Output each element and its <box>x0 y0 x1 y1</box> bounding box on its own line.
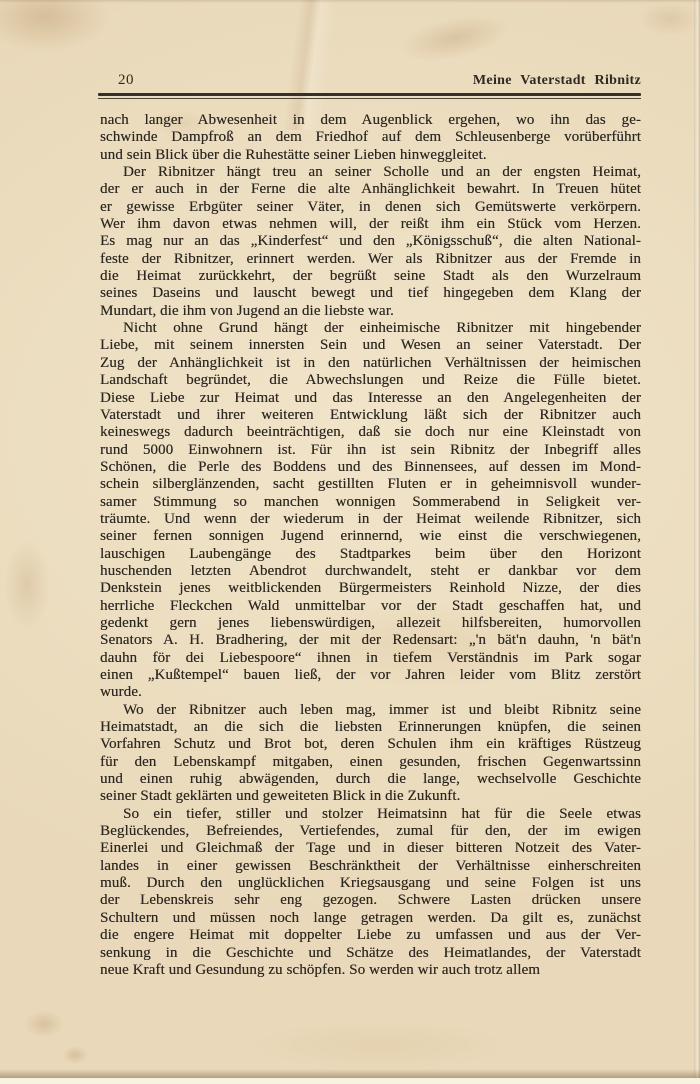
scanned-page: 20 Meine Vaterstadt Ribnitz nach langer … <box>0 0 700 1084</box>
text-line: dauhn för dei Liebespoore“ ihnen in tief… <box>100 650 641 667</box>
paragraph: Wo der Ribnitzer auch leben mag, immer i… <box>100 702 641 806</box>
text-line: Zug der Anhänglichkeit ist in den natürl… <box>100 355 641 372</box>
text-line: er gewisse Erbgüter seiner Väter, in den… <box>100 199 641 216</box>
text-line: Denkstein jenes weitblickenden Bürgermei… <box>100 580 641 597</box>
text-line: muß. Durch den unglücklichen Kriegsausga… <box>100 875 641 892</box>
text-line: Landschaft begründet, die Abwechslungen … <box>100 372 641 389</box>
text-line: huschenden letzten Abendrot durchwandelt… <box>100 563 641 580</box>
page-number: 20 <box>98 72 134 89</box>
text-line: schein silberglänzenden, sacht gestillte… <box>100 476 641 493</box>
text-line: seines Daseins und lauscht bewegt und ti… <box>100 285 641 302</box>
text-line: die engere Heimat mit doppelter Liebe zu… <box>100 927 641 944</box>
header-rule-thin <box>98 98 641 99</box>
paper-stain <box>250 1020 510 1070</box>
text-line: Schönen, die Perle des Boddens und des B… <box>100 459 641 476</box>
text-line: Schultern und müssen noch lange getragen… <box>100 910 641 927</box>
text-line: die Heimat zurückkehrt, der begrüßt sein… <box>100 268 641 285</box>
paragraph: Der Ribnitzer hängt treu an seiner Schol… <box>100 164 641 320</box>
paragraph: Nicht ohne Grund hängt der einheimische … <box>100 320 641 702</box>
text-line: der er auch in der Ferne die alte Anhäng… <box>100 181 641 198</box>
text-line: neue Kraft und Gesundung zu schöpfen. So… <box>100 962 641 979</box>
text-line: keineswegs dadurch beeinträchtigen, daß … <box>100 424 641 441</box>
text-line: nach langer Abwesenheit in dem Augenblic… <box>100 112 641 129</box>
text-line: Wer ihm davon etwas nehmen will, der rei… <box>100 216 641 233</box>
page-edge-right <box>694 0 700 1084</box>
paper-stain <box>4 540 50 630</box>
text-line: Diese Liebe zur Heimat und das Interesse… <box>100 390 641 407</box>
paper-crease <box>0 0 620 130</box>
text-line: träumte. Und wenn der wiederum in der He… <box>100 511 641 528</box>
text-line: gedenkt gern jenes liebenswürdigen, alle… <box>100 615 641 632</box>
text-line: landes in einer gewissen Beschränktheit … <box>100 858 641 875</box>
scanner-bed-strip <box>0 1078 700 1084</box>
text-line: seiner Stadt geklärten und geweiteten Bl… <box>100 788 641 805</box>
text-line: Wo der Ribnitzer auch leben mag, immer i… <box>100 702 641 719</box>
page-edge-bottom-shadow <box>0 1069 700 1078</box>
text-line: Nicht ohne Grund hängt der einheimische … <box>100 320 641 337</box>
paper-stain <box>24 1010 64 1038</box>
text-line: Senators A. H. Bradhering, der mit der R… <box>100 632 641 649</box>
text-line: Heimatstadt, an die sich die liebsten Er… <box>100 719 641 736</box>
header-rule <box>98 93 641 99</box>
paragraph: nach langer Abwesenheit in dem Augenblic… <box>100 112 641 164</box>
paper-stain <box>62 1046 88 1064</box>
text-line: samer Stimmung so manchen wonnigen Somme… <box>100 494 641 511</box>
running-title: Meine Vaterstadt Ribnitz <box>473 73 641 89</box>
text-line: Der Ribnitzer hängt treu an seiner Schol… <box>100 164 641 181</box>
header-rule-thick <box>98 93 641 96</box>
text-line: Liebe, mit seinem innersten Sein und Wes… <box>100 337 641 354</box>
paper-stain <box>640 2 700 36</box>
text-line: und sein Blick über die Ruhestätte seine… <box>100 147 641 164</box>
page-edge-top <box>0 0 700 3</box>
text-line: und einen ruhig abwägenden, durch die la… <box>100 771 641 788</box>
text-line: seiner fernen sonnigen Jugend erinnernd,… <box>100 528 641 545</box>
text-line: senkung in die Geschichte und Schätze de… <box>100 945 641 962</box>
text-line: wurde. <box>100 684 641 701</box>
text-line: Mundart, die ihm von Jugend an die liebs… <box>100 303 641 320</box>
body-text: nach langer Abwesenheit in dem Augenblic… <box>100 112 641 979</box>
text-line: Vaterstadt und ihrer weiteren Entwicklun… <box>100 407 641 424</box>
page-header: 20 Meine Vaterstadt Ribnitz <box>98 72 641 89</box>
text-line: für den Lebenskampf mitgaben, einen gesu… <box>100 754 641 771</box>
text-line: feste der Ribnitzer, erinnert werden. We… <box>100 251 641 268</box>
text-line: Vorfahren Schutz und Brot bot, deren Sch… <box>100 736 641 753</box>
text-line: einen „Kußtempel“ bauen ließ, der vor Ja… <box>100 667 641 684</box>
text-line: Es mag nur an das „Kinderfest“ und den „… <box>100 233 641 250</box>
text-line: rund 5000 Einwohnern ist. Für ihn ist se… <box>100 442 641 459</box>
paragraph: So ein tiefer, stiller und stolzer Heima… <box>100 806 641 979</box>
text-line: der Lebenskreis sehr eng gezogen. Schwer… <box>100 892 641 909</box>
text-line: herrliche Fleckchen Wald unmittelbar vor… <box>100 598 641 615</box>
text-line: So ein tiefer, stiller und stolzer Heima… <box>100 806 641 823</box>
text-line: Beglückendes, Befreiendes, Vertiefendes,… <box>100 823 641 840</box>
text-line: lauschigen Laubengänge des Stadtparkes b… <box>100 546 641 563</box>
text-line: Einerlei und Gleichmaß der Tage und in d… <box>100 840 641 857</box>
text-line: schwinde Dampfroß an dem Friedhof auf de… <box>100 129 641 146</box>
